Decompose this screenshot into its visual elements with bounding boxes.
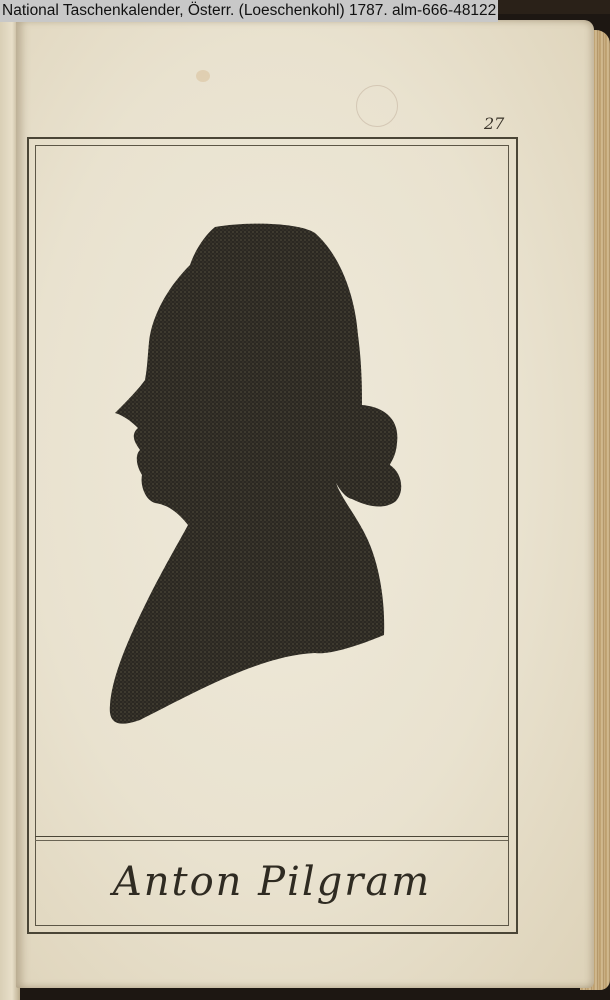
portrait-caption-name: Anton Pilgram	[36, 842, 508, 922]
silhouette-portrait	[100, 215, 420, 735]
paper-stain	[196, 70, 210, 82]
paper-stain	[356, 85, 398, 127]
page-number: 27	[484, 114, 504, 133]
image-caption-bar: National Taschenkalender, Österr. (Loesc…	[0, 0, 498, 22]
caption-divider-line	[35, 840, 508, 841]
caption-divider-line	[35, 836, 508, 837]
